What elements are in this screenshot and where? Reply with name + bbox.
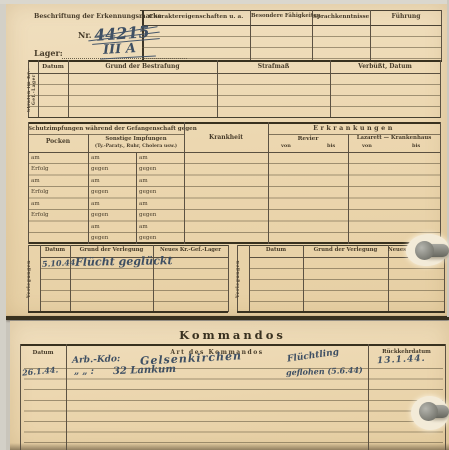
table-border [20,344,445,346]
table-border [28,311,228,313]
bottom-shadow [10,443,449,450]
impfungen-col-sonstige: Sonstige Impfungen [88,137,184,143]
cell: am [91,224,100,230]
cell: am [91,201,100,207]
column-divider [88,134,89,244]
ruled-rows [28,163,440,234]
verlegungen-side-label: Verlegungen [27,248,39,310]
lager-label: Lager: [34,49,63,58]
cell: gegen [91,212,108,218]
column-divider [184,122,185,244]
cell: am [31,201,40,207]
column-header-fuehrung: Führung [371,14,441,21]
strafen-col-datum: Datum [38,64,68,70]
table-border [445,344,446,450]
cell: Erfolg [31,166,49,172]
column-header-charakter: Charaktereigenschaften u. a. [144,14,248,20]
table-border [20,344,21,450]
rule [140,10,442,11]
column-divider [136,152,137,244]
lager-value-handwritten: III A [103,41,137,58]
impfungen-title: Schutzimpfungen während der Gefangenscha… [28,126,184,132]
scan-top-edge [0,0,449,4]
rule [28,152,440,153]
scan-left-edge [0,0,6,450]
table-border [440,60,441,118]
cell: Erfolg [31,189,49,195]
impfungen-col-krankheit: Krankheit [184,135,268,142]
erkrankungen-col-revier: Revier [268,136,348,142]
binder-fastener-top-head [415,241,434,260]
column-divider [268,122,269,244]
verlegung-entry-datum: 5.10.44 [42,257,76,269]
cell: gegen [91,235,108,241]
cell: gegen [139,166,156,172]
erkennungsmarke-label: Beschriftung der Erkennungsmarke [34,14,142,21]
scanned-pow-record-card: Beschriftung der Erkennungsmarke Charakt… [0,0,449,450]
verlegungen-col-grund: Grund der Verlegung [70,248,153,254]
ruled-rows [24,368,443,444]
cell: am [139,224,148,230]
kommando-row2-place: 32 Lankum [113,364,176,377]
cell: am [31,178,40,184]
strafen-col-strafmass: Strafmaß [217,64,330,71]
verlegungen-side-label: Verlegungen [236,248,248,310]
nr-label: Nr. [78,31,92,40]
cell: am [139,201,148,207]
verlegungen-col-datum: Datum [40,248,70,254]
impfungen-col-pocken: Pocken [28,139,88,146]
rule [28,73,440,74]
strafen-side-label: Strafen im Kr.-Gef.-Lager [27,62,38,117]
column-divider [348,134,349,244]
cell: am [91,155,100,161]
column-header-faehigkeiten: Besondere Fähigkeiten [251,14,311,20]
kommando-row1-prefix: Arb.-Kdo: [72,354,121,366]
kommandos-title: Kommandos [20,329,445,342]
cell: gegen [139,212,156,218]
table-border [28,117,440,118]
strafen-col-verbuesst: Verbüßt, Datum [330,64,440,71]
verlegungen-col-datum: Datum [249,248,303,254]
revier-bis-label: bis [327,144,335,150]
cell: am [91,178,100,184]
kommando-row2-prefix: „ „ : [74,367,94,377]
cell: gegen [139,189,156,195]
lazarett-bis-label: bis [412,144,420,150]
erkrankungen-title: Erkrankungen [268,125,440,132]
column-header-sprachen: Sprachkenntnisse [313,14,369,20]
cell: gegen [91,189,108,195]
cell: am [139,178,148,184]
rule [28,134,184,135]
table-border [237,311,445,313]
impfungen-col-sonstige-sub: (Ty.-Paraty., Ruhr, Cholera usw.) [88,144,184,149]
table-border [28,122,29,244]
rule [142,25,442,26]
card-edge-shadow [6,316,449,320]
ruled-rows [28,84,440,108]
cell: gegen [139,235,156,241]
verlegungen-col-neues: Neues Kr.-Gef.-Lager [153,248,228,254]
verlegung-entry-grund: Flücht geglückt [75,254,173,269]
lazarett-von-label: von [362,144,372,150]
ruled-rows [40,268,228,303]
table-border [440,122,441,244]
ruled-rows [249,268,445,303]
ruled-rows [142,36,442,59]
strafen-col-grund: Grund der Bestrafung [68,64,217,71]
table-border [28,60,442,62]
table-border [28,245,228,246]
binder-fastener-bottom-head [419,402,438,421]
cell: Erfolg [31,212,49,218]
cell: am [31,155,40,161]
erkrankungen-col-lazarett: Lazarett — Krankenhaus [348,136,440,142]
table-border [228,245,229,312]
table-border [28,242,440,244]
cell: am [139,155,148,161]
revier-von-label: von [281,144,291,150]
cell: gegen [91,166,108,172]
kommandos-col-datum: Datum [20,350,66,356]
verlegungen-col-grund: Grund der Verlegung [303,248,388,254]
